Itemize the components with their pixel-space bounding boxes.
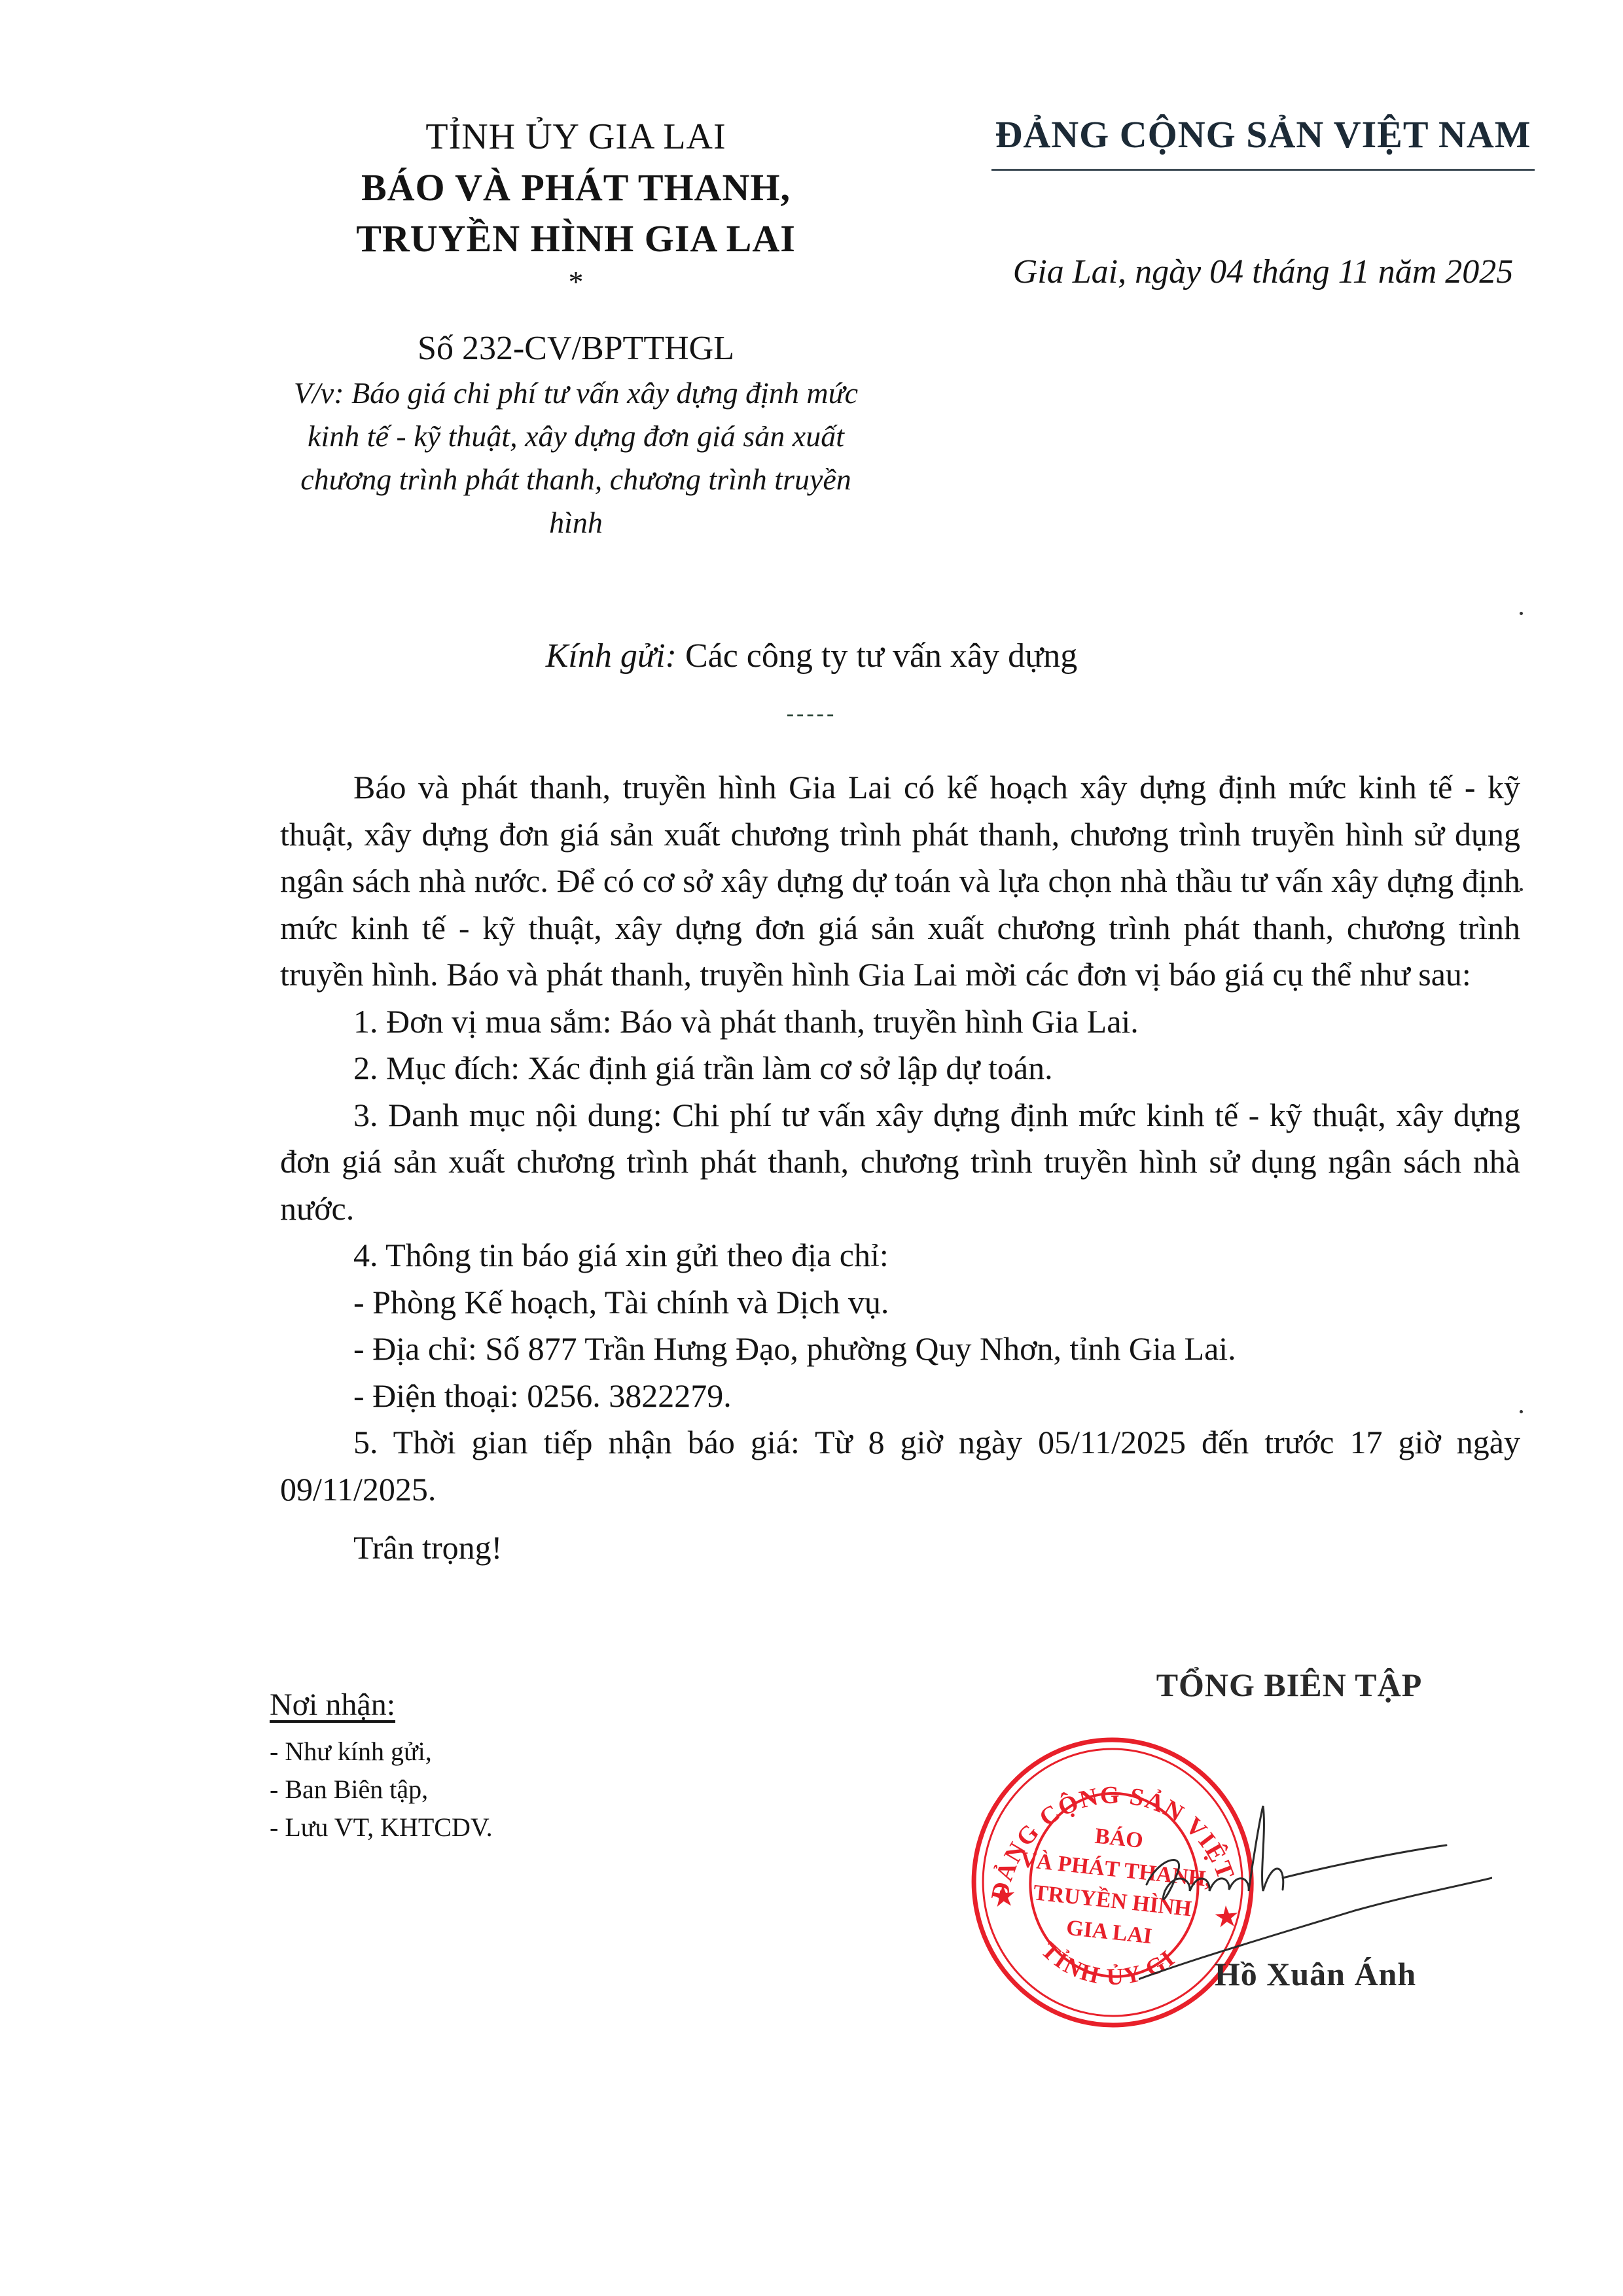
contact-phone: - Điện thoại: 0256. 3822279. xyxy=(280,1373,1520,1420)
contact-department: - Phòng Kế hoạch, Tài chính và Dịch vụ. xyxy=(280,1279,1520,1326)
stamp-center-line: BÁO xyxy=(1094,1824,1144,1852)
list-item: 5. Thời gian tiếp nhận báo giá: Từ 8 giờ… xyxy=(280,1419,1520,1513)
list-item: 1. Đơn vị mua sắm: Báo và phát thanh, tr… xyxy=(280,998,1520,1046)
closing: Trân trọng! xyxy=(280,1525,1520,1572)
issuer-name-line1: BÁO VÀ PHÁT THANH, xyxy=(288,162,864,213)
place-and-date: Gia Lai, ngày 04 tháng 11 năm 2025 xyxy=(985,249,1541,295)
star-icon: ★ xyxy=(991,1881,1016,1911)
header-underline xyxy=(991,169,1535,171)
recipient-item: - Lưu VT, KHTCDV. xyxy=(270,1809,728,1846)
addressee-recipient: Các công ty tư vấn xây dựng xyxy=(685,637,1077,675)
recipients-title: Nơi nhận: xyxy=(270,1684,728,1726)
scan-speck xyxy=(1520,612,1523,615)
list-item: 3. Danh mục nội dung: Chi phí tư vấn xây… xyxy=(280,1092,1520,1233)
recipients-block: Nơi nhận: - Như kính gửi, - Ban Biên tập… xyxy=(270,1684,728,1846)
contact-address: - Địa chỉ: Số 877 Trần Hưng Đạo, phường … xyxy=(280,1326,1520,1373)
scan-speck xyxy=(1520,1410,1523,1413)
party-name: ĐẢNG CỘNG SẢN VIỆT NAM xyxy=(985,111,1541,158)
scan-speck xyxy=(1520,888,1523,891)
addressee-label: Kính gửi: xyxy=(546,637,677,675)
divider: ----- xyxy=(0,701,1623,726)
issuer-name-line2: TRUYỀN HÌNH GIA LAI xyxy=(288,213,864,264)
asterisk-separator: * xyxy=(288,266,864,298)
document-subject: V/v: Báo giá chi phí tư vấn xây dựng địn… xyxy=(281,372,870,544)
list-item: 2. Mục đích: Xác định giá trần làm cơ sở… xyxy=(280,1045,1520,1092)
document-number: Số 232-CV/BPTTHGL xyxy=(288,326,864,372)
recipient-item: - Như kính gửi, xyxy=(270,1733,728,1771)
list-item: 4. Thông tin báo giá xin gửi theo địa ch… xyxy=(280,1232,1520,1279)
recipient-item: - Ban Biên tập, xyxy=(270,1771,728,1809)
letter-body: Báo và phát thanh, truyền hình Gia Lai c… xyxy=(280,764,1520,1572)
addressee: Kính gửi: Các công ty tư vấn xây dựng xyxy=(0,633,1623,679)
signer-name: Hồ Xuân Ánh xyxy=(1152,1955,1479,1993)
signer-position: TỔNG BIÊN TẬP xyxy=(1086,1666,1492,1704)
intro-paragraph: Báo và phát thanh, truyền hình Gia Lai c… xyxy=(280,764,1520,998)
national-header: ĐẢNG CỘNG SẢN VIỆT NAM Gia Lai, ngày 04 … xyxy=(985,111,1541,295)
issuer-header: TỈNH ỦY GIA LAI BÁO VÀ PHÁT THANH, TRUYỀ… xyxy=(288,111,864,544)
parent-organization: TỈNH ỦY GIA LAI xyxy=(288,111,864,162)
